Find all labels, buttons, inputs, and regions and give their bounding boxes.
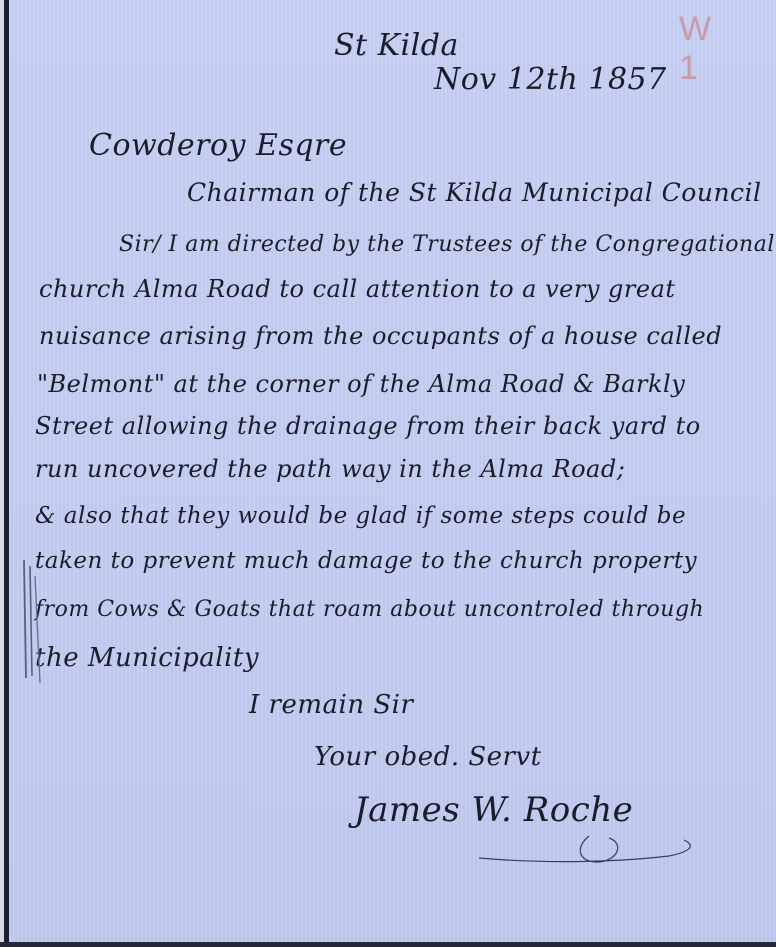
signature-flourish-icon: [469, 818, 709, 868]
body-line: the Municipality: [35, 643, 259, 673]
body-line: from Cows & Goats that roam about uncont…: [35, 597, 704, 622]
letter-date: Nov 12th 1857: [434, 62, 667, 97]
body-line: & also that they would be glad if some s…: [35, 503, 686, 529]
margin-pencil-mark-icon: [21, 558, 41, 683]
body-line: church Alma Road to call attention to a …: [39, 275, 676, 303]
body-line: Street allowing the drainage from their …: [35, 412, 701, 440]
letter-addressee-title: Chairman of the St Kilda Municipal Counc…: [187, 178, 762, 207]
body-line: "Belmont" at the corner of the Alma Road…: [37, 370, 685, 398]
closing-line: Your obed. Servt: [314, 742, 542, 772]
body-line: taken to prevent much damage to the chur…: [35, 548, 697, 574]
body-line: run uncovered the path way in the Alma R…: [35, 455, 625, 483]
body-line: Sir/ I am directed by the Trustees of th…: [119, 232, 775, 257]
closing-line: I remain Sir: [249, 690, 413, 720]
reference-mark: W 1: [679, 10, 776, 88]
letter-place: St Kilda: [334, 28, 459, 63]
body-line: nuisance arising from the occupants of a…: [39, 322, 722, 350]
letter-page: W 1 St Kilda Nov 12th 1857 Cowderoy Esqr…: [9, 0, 776, 942]
letter-addressee: Cowderoy Esqre: [89, 128, 347, 163]
scan-edge-bottom: [0, 942, 776, 947]
